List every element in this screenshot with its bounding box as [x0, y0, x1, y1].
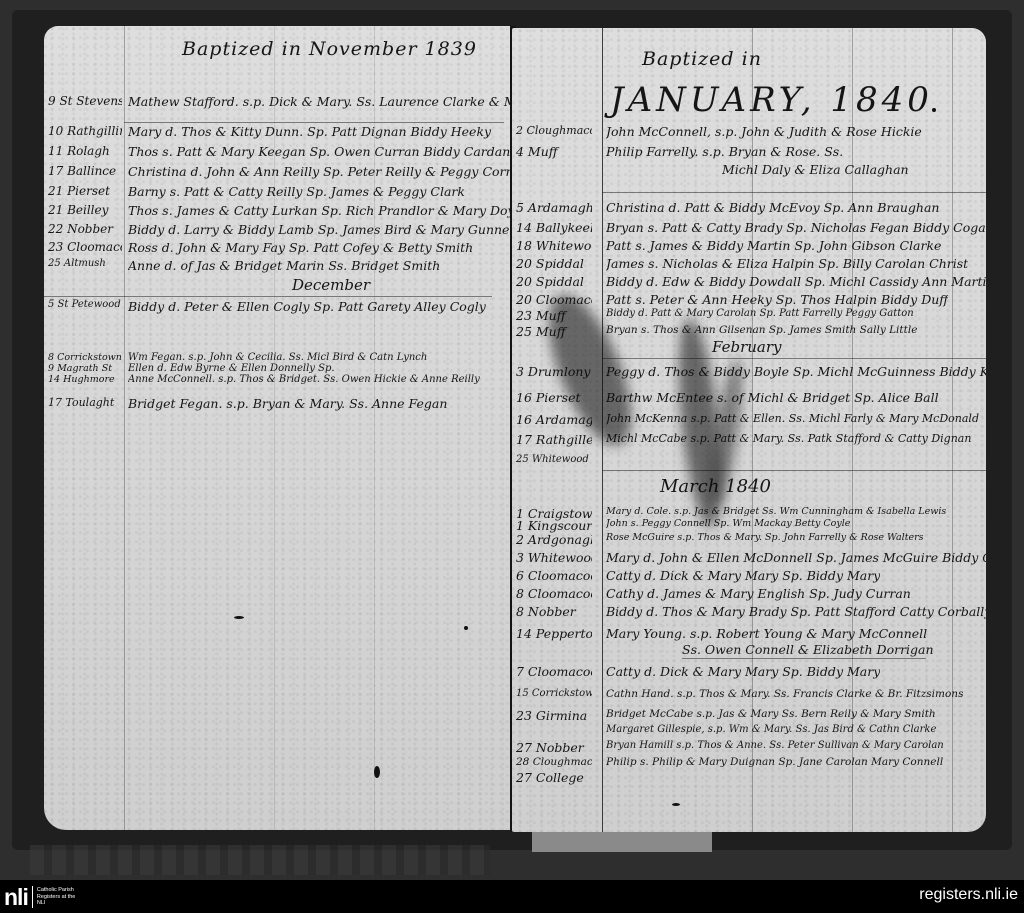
entry-place: 27 College — [516, 770, 592, 785]
register-entry: 17 Toulaght Bridget Fegan. s.p. Bryan & … — [44, 396, 512, 416]
page-heading-month: JANUARY, 1840 — [610, 80, 933, 120]
footer-bar: nli Catholic Parish Registers at the NLI… — [0, 880, 1024, 913]
entry-place: 17 Toulaght — [48, 396, 122, 409]
entry-place: 2 Cloughmacoo — [516, 124, 592, 137]
section-divider — [682, 658, 926, 659]
register-entry: 3 Whitewood Mary d. John & Ellen McDonne… — [512, 550, 986, 570]
entry-record: Cathn Hand. s.p. Thos & Mary. Ss. Franci… — [606, 688, 963, 700]
entry-record: James s. Nicholas & Eliza Halpin Sp. Bil… — [606, 256, 968, 271]
register-entry: 14 Ballykeelt Bryan s. Patt & Catty Brad… — [512, 220, 986, 240]
ink-blot — [374, 766, 380, 778]
entry-record: Catty d. Dick & Mary Mary Sp. Biddy Mary — [606, 568, 880, 583]
entry-record: Patt s. James & Biddy Martin Sp. John Gi… — [606, 238, 941, 253]
entry-record: Biddy d. Larry & Biddy Lamb Sp. James Bi… — [128, 222, 512, 237]
entry-record: Mary d. John & Ellen McDonnell Sp. James… — [606, 550, 986, 565]
register-entry: 6 Cloomacoo Catty d. Dick & Mary Mary Sp… — [512, 568, 986, 588]
entry-record: Margaret Gillespie, s.p. Wm & Mary. Ss. … — [606, 724, 936, 735]
entry-record: Michl Daly & Eliza Callaghan — [722, 162, 909, 177]
register-entry: 8 Cloomacoo Cathy d. James & Mary Englis… — [512, 586, 986, 606]
entry-record: Bryan s. Thos & Ann Gilsenan Sp. James S… — [606, 324, 917, 336]
ink-blot — [672, 803, 680, 806]
entry-place: 20 Spiddal — [516, 274, 592, 289]
register-entry: 4 Muff Philip Farrelly. s.p. Bryan & Ros… — [512, 144, 986, 164]
entry-place: 27 Nobber — [516, 740, 592, 755]
entry-place: 14 Peppertown — [516, 626, 592, 641]
entry-record: Christina d. Patt & Biddy McEvoy Sp. Ann… — [606, 200, 939, 215]
entry-place: 21 Pierset — [48, 184, 122, 198]
register-entry: 9 St Stevens Mathew Stafford. s.p. Dick … — [44, 94, 512, 114]
entry-record: Anne d. of Jas & Bridget Marin Ss. Bridg… — [128, 258, 440, 273]
header-underline — [124, 122, 504, 123]
register-entry: 20 Spiddal Biddy d. Edw & Biddy Dowdall … — [512, 274, 986, 294]
entry-record: John McConnell, s.p. John & Judith & Ros… — [606, 124, 922, 139]
section-divider — [602, 192, 986, 193]
entry-place: 8 Corrickstown — [48, 352, 122, 363]
register-entry: 5 Ardamagh Christina d. Patt & Biddy McE… — [512, 200, 986, 220]
entry-place: 4 Muff — [516, 144, 592, 159]
entry-record: Thos s. Patt & Mary Keegan Sp. Owen Curr… — [128, 144, 510, 159]
register-entry: 23 Cloomacoo Ross d. John & Mary Fay Sp.… — [44, 240, 512, 260]
entry-place: 5 Ardamagh — [516, 200, 592, 215]
entry-place: 17 Rathgillen — [516, 432, 592, 447]
register-entry: 14 Hughmore Anne McConnell. s.p. Thos & … — [44, 374, 512, 394]
register-entry: 15 Corrickstown Cathn Hand. s.p. Thos & … — [512, 688, 986, 708]
entry-record: Biddy d. Edw & Biddy Dowdall Sp. Michl C… — [606, 274, 986, 289]
entry-record: Mary d. Cole. s.p. Jas & Bridget Ss. Wm … — [606, 506, 946, 517]
register-entry: 2 Cloughmacoo John McConnell, s.p. John … — [512, 124, 986, 144]
entry-place: 28 Cloughmacoo — [516, 756, 592, 768]
section-divider — [44, 296, 492, 297]
entry-record: Ss. Owen Connell & Elizabeth Dorrigan — [682, 642, 934, 657]
register-entry: 8 Nobber Biddy d. Thos & Mary Brady Sp. … — [512, 604, 986, 624]
entry-record: John McKenna s.p. Patt & Ellen. Ss. Mich… — [606, 412, 979, 425]
entry-record: Patt s. Peter & Ann Heeky Sp. Thos Halpi… — [606, 292, 948, 307]
register-entry: 2 Ardgonagh Rose McGuire s.p. Thos & Mar… — [512, 532, 986, 552]
register-entry: 17 Rathgillen Michl McCabe s.p. Patt & M… — [512, 432, 986, 452]
entry-record: Barthw McEntee s. of Michl & Bridget Sp.… — [606, 390, 939, 405]
month-heading-december: December — [292, 276, 370, 294]
entry-record: Michl McCabe s.p. Patt & Mary. Ss. Patk … — [606, 432, 971, 445]
site-link[interactable]: registers.nli.ie — [919, 886, 1018, 904]
entry-record: Cathy d. James & Mary English Sp. Judy C… — [606, 586, 911, 601]
entry-record: Mary Young. s.p. Robert Young & Mary McC… — [606, 626, 927, 641]
entry-record: Peggy d. Thos & Biddy Boyle Sp. Michl Mc… — [606, 364, 986, 379]
entry-record: Wm Fegan. s.p. John & Cecilia. Ss. Micl … — [128, 352, 427, 363]
entry-place: 25 Altmush — [48, 258, 122, 269]
entry-record: Biddy d. Thos & Mary Brady Sp. Patt Staf… — [606, 604, 986, 619]
logo-caption: Catholic Parish Registers at the NLI — [37, 887, 81, 907]
color-calibration-strip — [30, 845, 490, 875]
entry-record: Biddy d. Peter & Ellen Cogly Sp. Patt Ga… — [128, 299, 486, 314]
right-page: Baptized in JANUARY, 1840 2 Cloughmacoo … — [512, 28, 986, 832]
entry-place: 14 Ballykeelt — [516, 220, 592, 235]
entry-place: 18 Whitewood — [516, 238, 592, 253]
section-divider — [602, 358, 986, 359]
entry-place: 2 Ardgonagh — [516, 532, 592, 547]
entry-place: 21 Beilley — [48, 203, 122, 217]
nli-logo[interactable]: nli Catholic Parish Registers at the NLI — [4, 885, 81, 909]
entry-record: Barny s. Patt & Catty Reilly Sp. James &… — [128, 184, 465, 199]
entry-place: 9 St Stevens — [48, 94, 122, 108]
register-entry: 18 Whitewood Patt s. James & Biddy Marti… — [512, 238, 986, 258]
left-page: Baptized in November 1839 9 St Stevens M… — [44, 26, 512, 830]
entry-record: Catty d. Dick & Mary Mary Sp. Biddy Mary — [606, 664, 880, 679]
entry-record: Mary d. Thos & Kitty Dunn. Sp. Patt Dign… — [128, 124, 491, 139]
entry-record: Philip s. Philip & Mary Duignan Sp. Jane… — [606, 756, 943, 768]
entry-place: 8 Nobber — [516, 604, 592, 619]
entry-place: 14 Hughmore — [48, 374, 122, 385]
section-divider — [602, 470, 986, 471]
ink-blot — [464, 626, 468, 630]
register-entry: 21 Pierset Barny s. Patt & Catty Reilly … — [44, 184, 512, 204]
register-entry: 17 Ballince Christina d. John & Ann Reil… — [44, 164, 512, 184]
entry-place: 23 Cloomacoo — [48, 240, 122, 254]
page-heading: Baptized in November 1839 — [182, 38, 477, 60]
register-entry: 5 St Petewood Biddy d. Peter & Ellen Cog… — [44, 299, 512, 319]
entry-place: 5 St Petewood — [48, 299, 122, 310]
register-entry: 7 Cloomacoo Catty d. Dick & Mary Mary Sp… — [512, 664, 986, 684]
register-entry: Michl Daly & Eliza Callaghan — [512, 162, 986, 182]
entry-record: Christina d. John & Ann Reilly Sp. Peter… — [128, 164, 512, 179]
entry-record: Philip Farrelly. s.p. Bryan & Rose. Ss. — [606, 144, 843, 159]
entry-place: 20 Spiddal — [516, 256, 592, 271]
month-heading-february: February — [712, 338, 782, 356]
entry-place: 23 Girmina — [516, 708, 592, 723]
entry-place: 22 Nobber — [48, 222, 122, 236]
entry-place: 7 Cloomacoo — [516, 664, 592, 679]
register-entry: 27 College — [512, 770, 986, 790]
entry-record: Rose McGuire s.p. Thos & Mary. Sp. John … — [606, 532, 924, 543]
page-heading-small: Baptized in — [642, 48, 762, 70]
entry-place: 8 Cloomacoo — [516, 586, 592, 601]
entry-record: Bryan Hamill s.p. Thos & Anne. Ss. Peter… — [606, 740, 944, 751]
nli-logo-mark: nli — [4, 885, 28, 909]
entry-place: 1 Kingscourt — [516, 518, 592, 533]
entry-place: 10 Rathgillin — [48, 124, 122, 138]
entry-record: Bryan s. Patt & Catty Brady Sp. Nicholas… — [606, 220, 986, 235]
page-tab — [532, 832, 712, 852]
register-entry: 10 Rathgillin Mary d. Thos & Kitty Dunn.… — [44, 124, 512, 144]
entry-record: Biddy d. Patt & Mary Carolan Sp. Patt Fa… — [606, 308, 914, 319]
register-entry: 22 Nobber Biddy d. Larry & Biddy Lamb Sp… — [44, 222, 512, 242]
entry-place: 17 Ballince — [48, 164, 122, 178]
entry-record: Thos s. James & Catty Lurkan Sp. Rich Pr… — [128, 203, 512, 218]
entry-place: 6 Cloomacoo — [516, 568, 592, 583]
entry-place: 9 Magrath St — [48, 363, 122, 374]
register-entry: 25 Whitewood — [512, 454, 986, 474]
entry-place: 25 Whitewood — [516, 454, 592, 465]
ink-blot — [234, 616, 244, 619]
register-entry: 25 Altmush Anne d. of Jas & Bridget Mari… — [44, 258, 512, 278]
register-entry: 20 Spiddal James s. Nicholas & Eliza Hal… — [512, 256, 986, 276]
entry-record: Mathew Stafford. s.p. Dick & Mary. Ss. L… — [128, 94, 512, 109]
entry-record: Bridget Fegan. s.p. Bryan & Mary. Ss. An… — [128, 396, 447, 411]
entry-record: Bridget McCabe s.p. Jas & Mary Ss. Bern … — [606, 708, 936, 720]
logo-divider — [32, 886, 33, 908]
entry-record: Ross d. John & Mary Fay Sp. Patt Cofey &… — [128, 240, 473, 255]
register-entry: Ss. Owen Connell & Elizabeth Dorrigan — [512, 642, 986, 662]
entry-record: John s. Peggy Connell Sp. Wm Mackay Bett… — [606, 518, 850, 529]
entry-place: 3 Whitewood — [516, 550, 592, 565]
entry-place: 11 Rolagh — [48, 144, 122, 158]
image-viewer[interactable]: Baptized in November 1839 9 St Stevens M… — [0, 0, 1024, 880]
ink-blot — [932, 108, 936, 112]
register-entry: 11 Rolagh Thos s. Patt & Mary Keegan Sp.… — [44, 144, 512, 164]
register-entry: 21 Beilley Thos s. James & Catty Lurkan … — [44, 203, 512, 223]
entry-record: Anne McConnell. s.p. Thos & Bridget. Ss.… — [128, 374, 480, 385]
entry-place: 15 Corrickstown — [516, 688, 592, 699]
entry-record: Ellen d. Edw Byrne & Ellen Donnelly Sp. — [128, 363, 335, 374]
